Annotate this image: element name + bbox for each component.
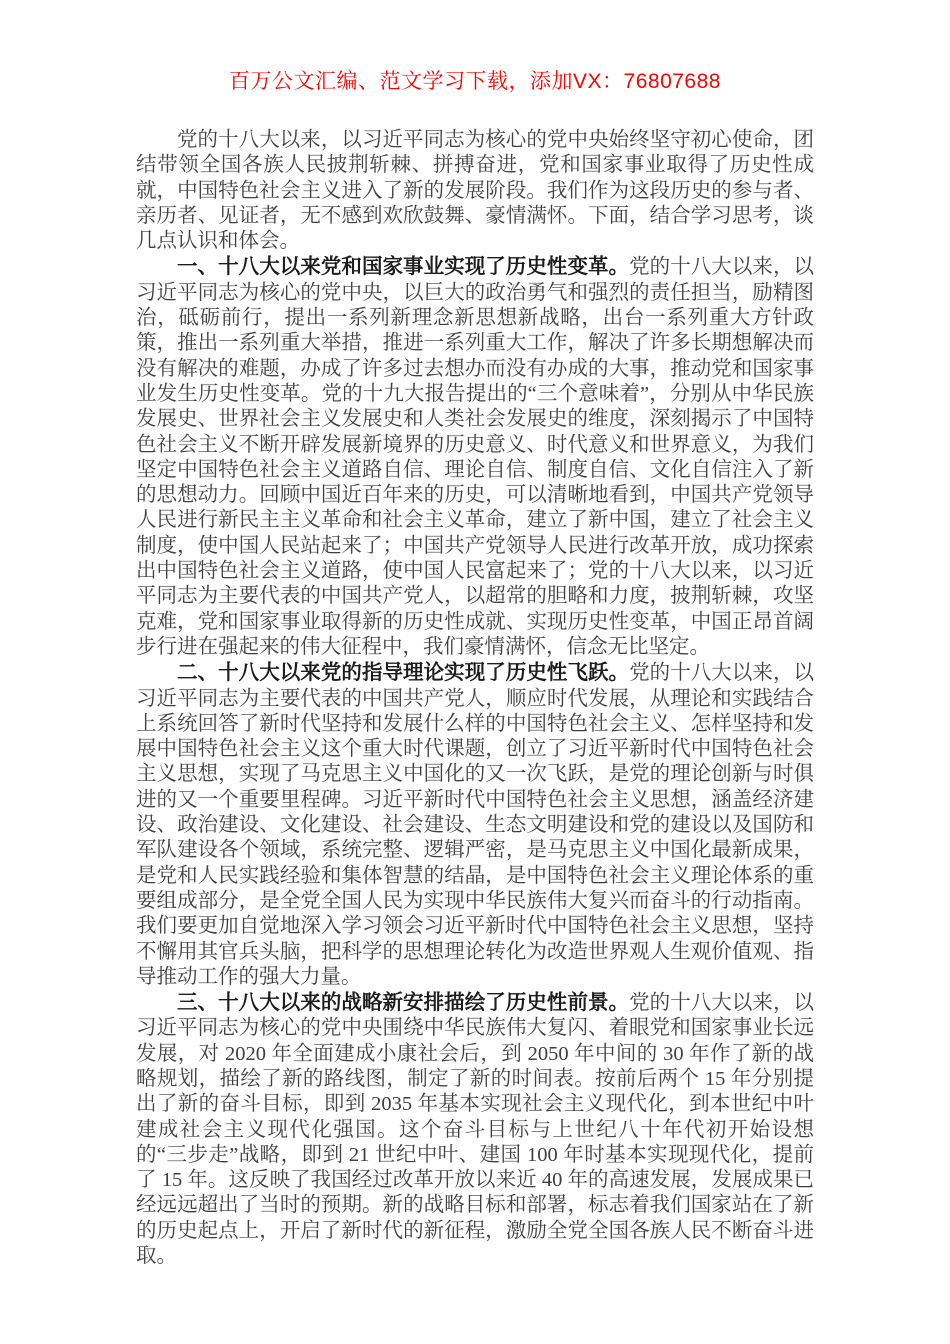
- paragraph: 二、十八大以来党的指导理论实现了历史性飞跃。党的十八大以来，以习近平同志为主要代…: [136, 660, 814, 990]
- section-heading: 一、十八大以来党和国家事业实现了历史性变革。: [177, 255, 629, 278]
- paragraph-text: 党的十八大以来，以习近平同志为核心的党中央围绕中华民族伟大复闪、着眼党和国家事业…: [136, 992, 814, 1267]
- paragraph: 三、十八大以来的战略新安排描绘了历史性前景。党的十八大以来，以习近平同志为核心的…: [136, 990, 814, 1269]
- section-heading: 三、十八大以来的战略新安排描绘了历史性前景。: [177, 991, 629, 1014]
- section-heading: 二、十八大以来党的指导理论实现了历史性飞跃。: [177, 661, 629, 684]
- paragraph: 党的十八大以来，以习近平同志为核心的党中央始终坚守初心使命，团结带领全国各族人民…: [136, 127, 814, 254]
- paragraph-text: 党的十八大以来，以习近平同志为核心的党中央，以巨大的政治勇气和强烈的责任担当，励…: [136, 256, 814, 657]
- document-page: 百万公文汇编、范文学习下载，添加VX：76807688 党的十八大以来，以习近平…: [0, 0, 950, 1344]
- paragraph-text: 党的十八大以来，以习近平同志为主要代表的中国共产党人，顺应时代发展，从理论和实践…: [136, 662, 814, 988]
- paragraph: 一、十八大以来党和国家事业实现了历史性变革。党的十八大以来，以习近平同志为核心的…: [136, 254, 814, 660]
- promo-header-text: 百万公文汇编、范文学习下载，添加VX：76807688: [0, 70, 950, 94]
- paragraph-text: 党的十八大以来，以习近平同志为核心的党中央始终坚守初心使命，团结带领全国各族人民…: [136, 129, 814, 252]
- document-body: 党的十八大以来，以习近平同志为核心的党中央始终坚守初心使命，团结带领全国各族人民…: [136, 127, 814, 1269]
